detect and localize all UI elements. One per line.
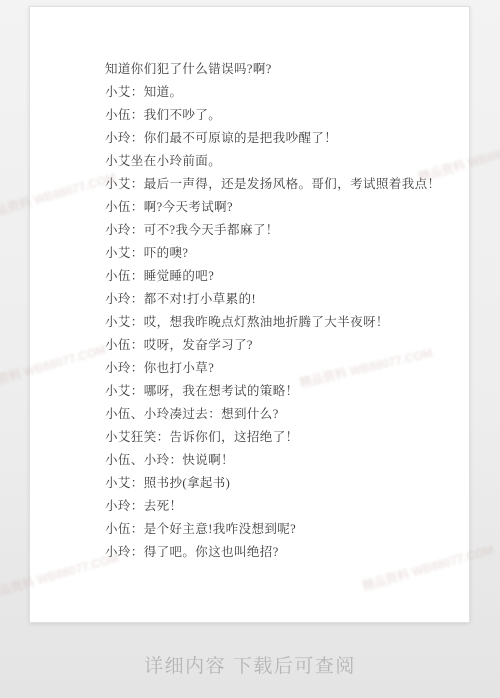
dialogue-line: 小玲：去死！: [105, 495, 449, 518]
dialogue-line: 小艾坐在小玲前面。: [105, 150, 449, 173]
dialogue-line: 小伍：睡觉睡的吧?: [105, 265, 449, 288]
dialogue-line: 小艾：知道。: [105, 81, 449, 104]
dialogue-line: 小玲：得了吧。你这也叫绝招?: [105, 541, 449, 564]
dialogue-line: 小艾狂笑：告诉你们，这招绝了！: [105, 426, 449, 449]
dialogue-line: 小玲：可不?我今天手都麻了！: [105, 219, 449, 242]
dialogue-line: 小艾：最后一声得，还是发扬风格。哥们，考试照着我点！: [105, 173, 449, 196]
dialogue-line: 小艾：哪呀，我在想考试的策略！: [105, 380, 449, 403]
dialogue-line: 小艾：哎，想我昨晚点灯熬油地折腾了大半夜呀！: [105, 311, 449, 334]
dialogue-text-block: 知道你们犯了什么错误吗?啊?小艾：知道。小伍：我们不吵了。小玲：你们最不可原谅的…: [105, 58, 449, 564]
dialogue-line: 小伍：我们不吵了。: [105, 104, 449, 127]
watermark-text: 精品资料 WB88077.COM: [0, 341, 108, 395]
dialogue-line: 知道你们犯了什么错误吗?啊?: [105, 58, 449, 81]
dialogue-line: 小伍：哎呀，发奋学习了?: [105, 334, 449, 357]
watermark-text: 精品资料 WB88077.COM: [0, 549, 121, 603]
dialogue-line: 小伍、小玲凑过去：想到什么?: [105, 403, 449, 426]
dialogue-line: 小伍：是个好主意!我咋没想到呢?: [105, 518, 449, 541]
download-to-view-notice: 详细内容 下载后可查阅: [0, 651, 500, 678]
dialogue-line: 小艾：吓的噢?: [105, 242, 449, 265]
dialogue-line: 小伍、小玲：快说啊！: [105, 449, 449, 472]
dialogue-line: 小玲：你们最不可原谅的是把我吵醒了！: [105, 127, 449, 150]
watermark-text: 精品资料 WB88077.COM: [0, 169, 118, 223]
dialogue-line: 小玲：都不对!打小草累的!: [105, 288, 449, 311]
dialogue-line: 小艾：照书抄(拿起书): [105, 472, 449, 495]
document-preview-screen: 知道你们犯了什么错误吗?啊?小艾：知道。小伍：我们不吵了。小玲：你们最不可原谅的…: [0, 0, 500, 698]
dialogue-line: 小伍：啊?今天考试啊?: [105, 196, 449, 219]
dialogue-line: 小玲：你也打小草?: [105, 357, 449, 380]
document-page: 知道你们犯了什么错误吗?啊?小艾：知道。小伍：我们不吵了。小玲：你们最不可原谅的…: [29, 6, 470, 623]
